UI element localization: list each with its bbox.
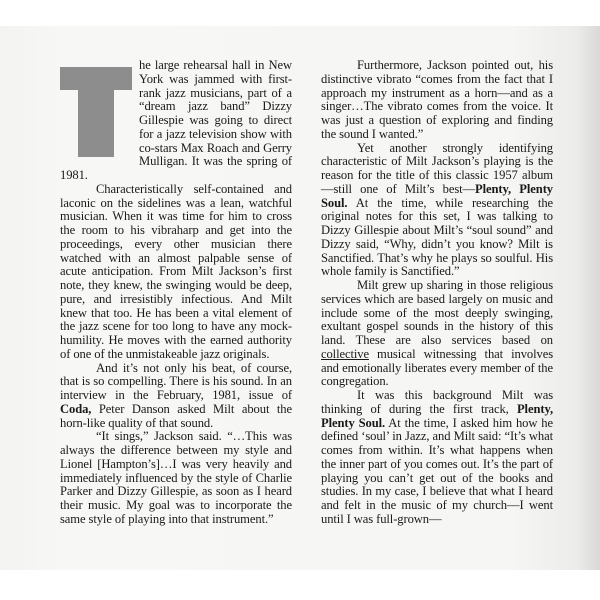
paragraph-1: he large rehearsal hall in New York was … bbox=[60, 59, 292, 183]
drop-cap-bar bbox=[60, 67, 132, 90]
right-column: Furthermore, Jackson pointed out, his di… bbox=[321, 59, 553, 527]
paragraph-4: “It sings,” Jackson said. “…This was alw… bbox=[60, 430, 292, 526]
paragraph-text: And it’s not only his beat, of course, t… bbox=[60, 361, 292, 403]
paragraph-6: Yet another strongly identifying charact… bbox=[321, 142, 553, 280]
paragraph-3: And it’s not only his beat, of course, t… bbox=[60, 362, 292, 431]
paragraph-2: Characteristically self-contained and la… bbox=[60, 183, 292, 362]
underlined-word: collective bbox=[321, 347, 369, 361]
left-column: he large rehearsal hall in New York was … bbox=[60, 59, 292, 527]
paragraph-text: Peter Danson asked Milt about the horn-l… bbox=[60, 402, 292, 430]
drop-cap-stem bbox=[78, 89, 114, 157]
drop-cap-t bbox=[60, 67, 133, 159]
paragraph-text: At the time, while researching the origi… bbox=[321, 196, 553, 279]
paragraph-5: Furthermore, Jackson pointed out, his di… bbox=[321, 59, 553, 142]
paragraph-text: Milt grew up sharing in those religious … bbox=[321, 278, 553, 347]
paragraph-7: Milt grew up sharing in those religious … bbox=[321, 279, 553, 389]
scanned-page: he large rehearsal hall in New York was … bbox=[0, 26, 600, 570]
publication-title-coda: Coda, bbox=[60, 402, 91, 416]
paragraph-text: At the time, I asked him how he defined … bbox=[321, 416, 553, 526]
paragraph-8: It was this background Milt was thinking… bbox=[321, 389, 553, 527]
